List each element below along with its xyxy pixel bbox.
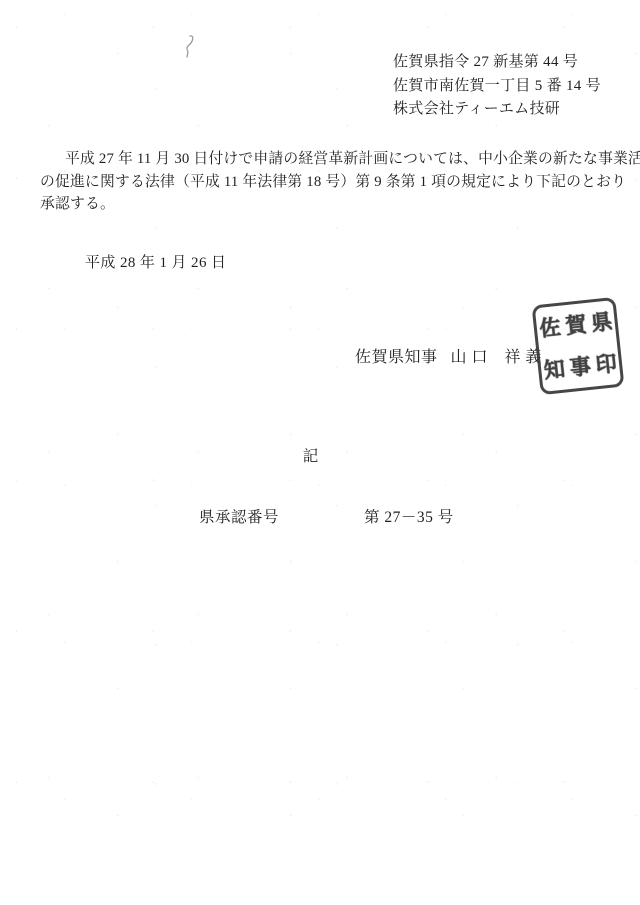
signer-name: 山 口 祥 義	[451, 349, 543, 366]
approval-label: 県承認番号	[199, 505, 279, 527]
recipient-address: 佐賀市南佐賀一丁目 5 番 14 号	[393, 75, 601, 99]
seal-char: 事	[569, 355, 592, 378]
seal-char: 印	[595, 353, 618, 376]
directive-number: 佐賀県指令 27 新基第 44 号	[393, 51, 601, 75]
seal-char: 賀	[564, 314, 587, 337]
recipient-company: 株式会社ティーエム技研	[393, 98, 601, 122]
body-line-3: 承認する。	[40, 193, 640, 216]
scan-artifact-mark	[180, 34, 196, 60]
document-page: 佐賀県指令 27 新基第 44 号 佐賀市南佐賀一丁目 5 番 14 号 株式会…	[0, 0, 640, 905]
body-line-1: 平成 27 年 11 月 30 日付けで申請の経営革新計画については、中小企業の…	[40, 148, 640, 171]
header-block: 佐賀県指令 27 新基第 44 号 佐賀市南佐賀一丁目 5 番 14 号 株式会…	[393, 51, 601, 122]
signer-title: 佐賀県知事	[355, 349, 438, 366]
approval-number: 第 27－35 号	[364, 505, 454, 527]
record-heading: 記	[0, 444, 622, 466]
seal-char: 知	[543, 358, 566, 381]
seal-char: 県	[590, 311, 613, 334]
governor-seal-stamp: 佐 賀 県 知 事 印	[532, 297, 625, 395]
issue-date: 平成 28 年 1 月 26 日	[85, 251, 226, 272]
seal-char: 佐	[538, 316, 561, 339]
signature-row: 佐賀県知事山 口 祥 義	[355, 344, 542, 367]
approval-row: 県承認番号 第 27－35 号	[0, 505, 640, 527]
body-line-2: の促進に関する法律（平成 11 年法律第 18 号）第 9 条第 1 項の規定に…	[40, 171, 640, 194]
body-paragraph: 平成 27 年 11 月 30 日付けで申請の経営革新計画については、中小企業の…	[40, 148, 640, 216]
